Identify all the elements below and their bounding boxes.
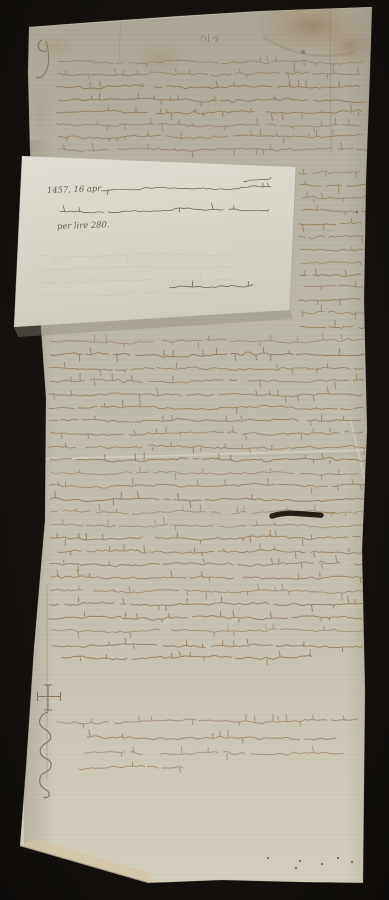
card-price-text: per lire 280.	[57, 219, 110, 231]
ink-speck	[299, 860, 301, 862]
photo-canvas: 1457, 16 apr. per lire 280.	[0, 0, 389, 900]
manuscript-photo: 1457, 16 apr. per lire 280.	[0, 0, 389, 900]
ink-speck	[356, 211, 358, 213]
note-card-paper	[14, 156, 296, 327]
ink-speck	[267, 857, 269, 859]
parchment	[0, 0, 389, 900]
ink-speck	[351, 861, 353, 863]
ink-speck	[337, 857, 339, 859]
ink-speck	[321, 863, 323, 865]
note-card: 1457, 16 apr. per lire 280.	[14, 156, 296, 337]
ink-speck	[295, 867, 297, 869]
card-date-text: 1457, 16 apr.	[47, 183, 103, 195]
